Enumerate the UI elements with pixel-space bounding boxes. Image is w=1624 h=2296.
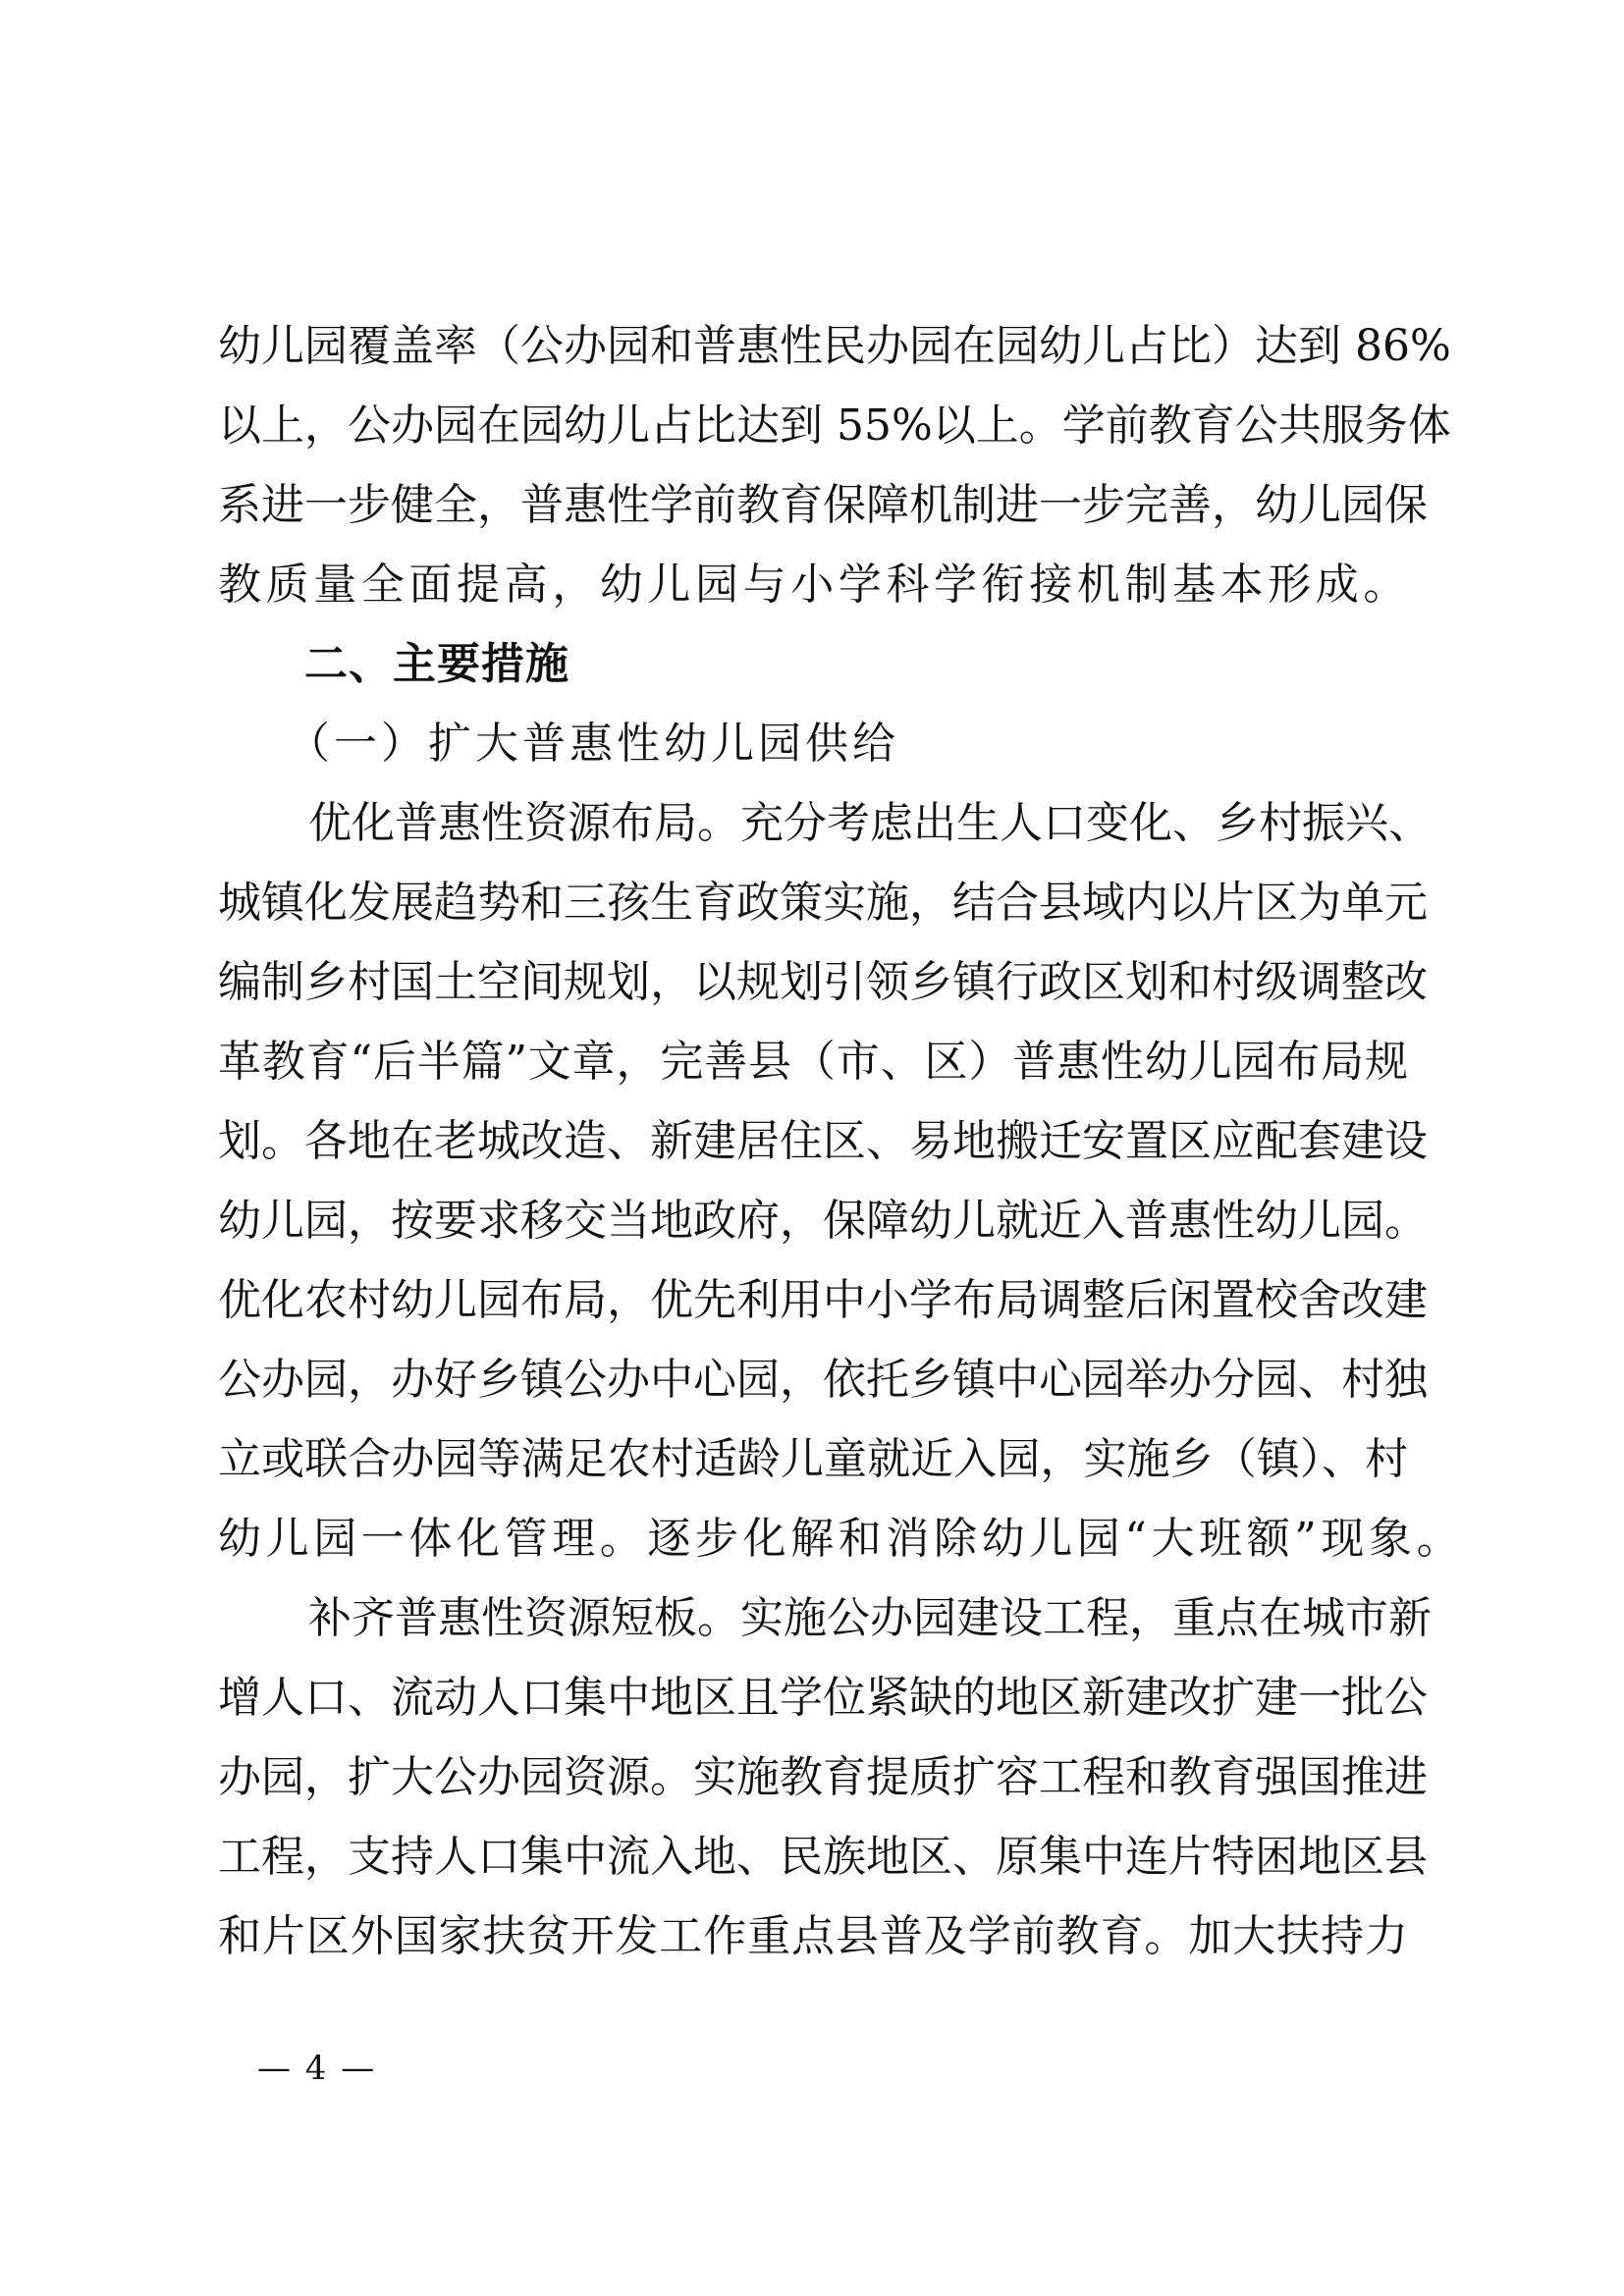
paragraph-line: 城镇化发展趋势和三孩生育政策实施，结合县域内以片区为单元: [218, 863, 1408, 942]
paragraph-line: 和片区外国家扶贫开发工作重点县普及学前教育。加大扶持力: [218, 1896, 1408, 1976]
paragraph-line: 以上，公办园在园幼儿占比达到 55%以上。学前教育公共服务体: [218, 386, 1408, 465]
paragraph-line: 编制乡村国土空间规划，以规划引领乡镇行政区划和村级调整改: [218, 942, 1408, 1022]
paragraph-line: 增人口、流动人口集中地区且学位紧缺的地区新建改扩建一批公: [218, 1658, 1408, 1737]
paragraph-line: 革教育“后半篇”文章，完善县（市、区）普惠性幼儿园布局规: [218, 1022, 1408, 1101]
paragraph-line: 补齐普惠性资源短板。实施公办园建设工程，重点在城市新: [218, 1578, 1408, 1658]
subsection-heading: （一）扩大普惠性幼儿园供给: [218, 704, 1408, 783]
paragraph-line: 划。各地在老城改造、新建居住区、易地搬迁安置区应配套建设: [218, 1101, 1408, 1181]
paragraph-line: 优化普惠性资源布局。充分考虑出生人口变化、乡村振兴、: [218, 783, 1408, 863]
page-number: — 4 —: [257, 2044, 376, 2093]
paragraph-line: 系进一步健全，普惠性学前教育保障机制进一步完善，幼儿园保: [218, 465, 1408, 545]
paragraph-line: 立或联合办园等满足农村适龄儿童就近入园，实施乡（镇）、村: [218, 1419, 1408, 1499]
paragraph-line: 教质量全面提高，幼儿园与小学科学衔接机制基本形成。: [218, 545, 1408, 624]
section-heading: 二、主要措施: [218, 624, 1408, 704]
paragraph-line: 办园，扩大公办园资源。实施教育提质扩容工程和教育强国推进: [218, 1737, 1408, 1817]
paragraph-line: 优化农村幼儿园布局，优先利用中小学布局调整后闲置校舍改建: [218, 1260, 1408, 1340]
paragraph-line: 幼儿园覆盖率（公办园和普惠性民办园在园幼儿占比）达到 86%: [218, 306, 1408, 386]
paragraph-line: 工程，支持人口集中流入地、民族地区、原集中连片特困地区县: [218, 1817, 1408, 1896]
paragraph-line: 幼儿园，按要求移交当地政府，保障幼儿就近入普惠性幼儿园。: [218, 1181, 1408, 1260]
paragraph-line: 公办园，办好乡镇公办中心园，依托乡镇中心园举办分园、村独: [218, 1340, 1408, 1419]
document-page: 幼儿园覆盖率（公办园和普惠性民办园在园幼儿占比）达到 86% 以上，公办园在园幼…: [218, 306, 1408, 1976]
paragraph-line: 幼儿园一体化管理。逐步化解和消除幼儿园“大班额”现象。: [218, 1499, 1408, 1578]
